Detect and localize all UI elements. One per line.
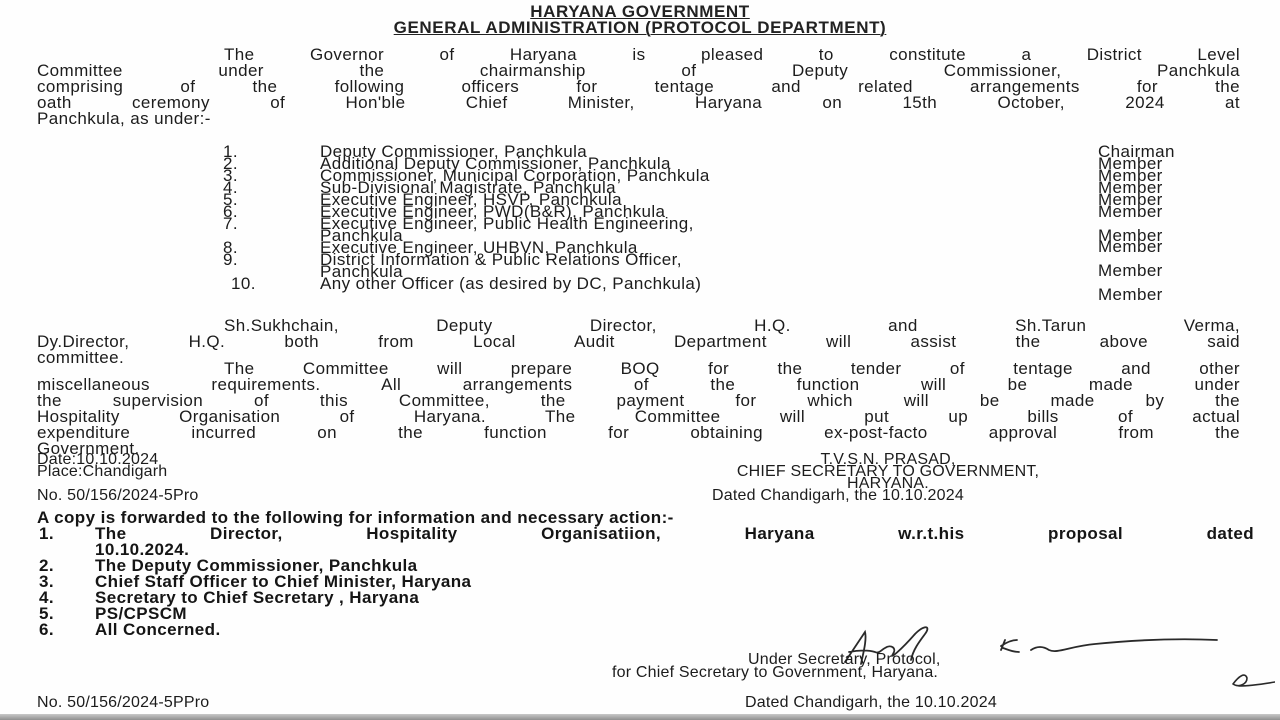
boq-paragraph: The Committee will prepare BOQ for the t… (37, 361, 1240, 457)
boq-line: expenditure incurred on the function for… (37, 425, 1240, 441)
intro-line: oath ceremony of Hon'ble Chief Minister,… (37, 95, 1240, 111)
issue-dated: Dated Chandigarh, the 10.10.2024 (712, 487, 964, 505)
issue-number: No. 50/156/2024-5Pro (37, 487, 198, 505)
committee-item-number: 9. (223, 254, 238, 266)
committee-item-role: Member (1098, 241, 1163, 253)
committee-item-number: 7. (223, 218, 238, 230)
endorsement-for: for Chief Secretary to Government, Harya… (612, 664, 938, 682)
document-page: HARYANA GOVERNMENT GENERAL ADMINISTRATIO… (0, 0, 1280, 720)
endorsement-number: No. 50/156/2024-5PPro (37, 694, 209, 712)
endorsement-dated: Dated Chandigarh, the 10.10.2024 (745, 694, 997, 712)
copy-item: 1.The Director, Hospitality Organisatiio… (39, 524, 1254, 544)
committee-item-number: 10. (231, 278, 256, 290)
committee-item-role: Member (1098, 206, 1163, 218)
intro-line: Panchkula, as under:- (37, 111, 1240, 127)
copy-item-text: All Concerned. (95, 620, 221, 639)
committee-item-role: Member (1098, 265, 1163, 277)
committee-item-role: Member (1098, 289, 1163, 301)
header-department: GENERAL ADMINISTRATION (PROTOCOL DEPARTM… (0, 18, 1280, 38)
assist-line: Dy.Director, H.Q. both from Local Audit … (37, 334, 1240, 350)
copy-item: 6.All Concerned. (39, 620, 221, 640)
scan-edge-divider (0, 714, 1280, 720)
copy-item-number: 1. (39, 524, 95, 544)
copy-item-text: The Director, Hospitality Organisatiion,… (95, 524, 1254, 544)
copy-item-number: 6. (39, 620, 95, 640)
committee-item-officer: Any other Officer (as desired by DC, Pan… (320, 278, 701, 290)
intro-paragraph: The Governor of Haryana is pleased to co… (37, 47, 1240, 127)
